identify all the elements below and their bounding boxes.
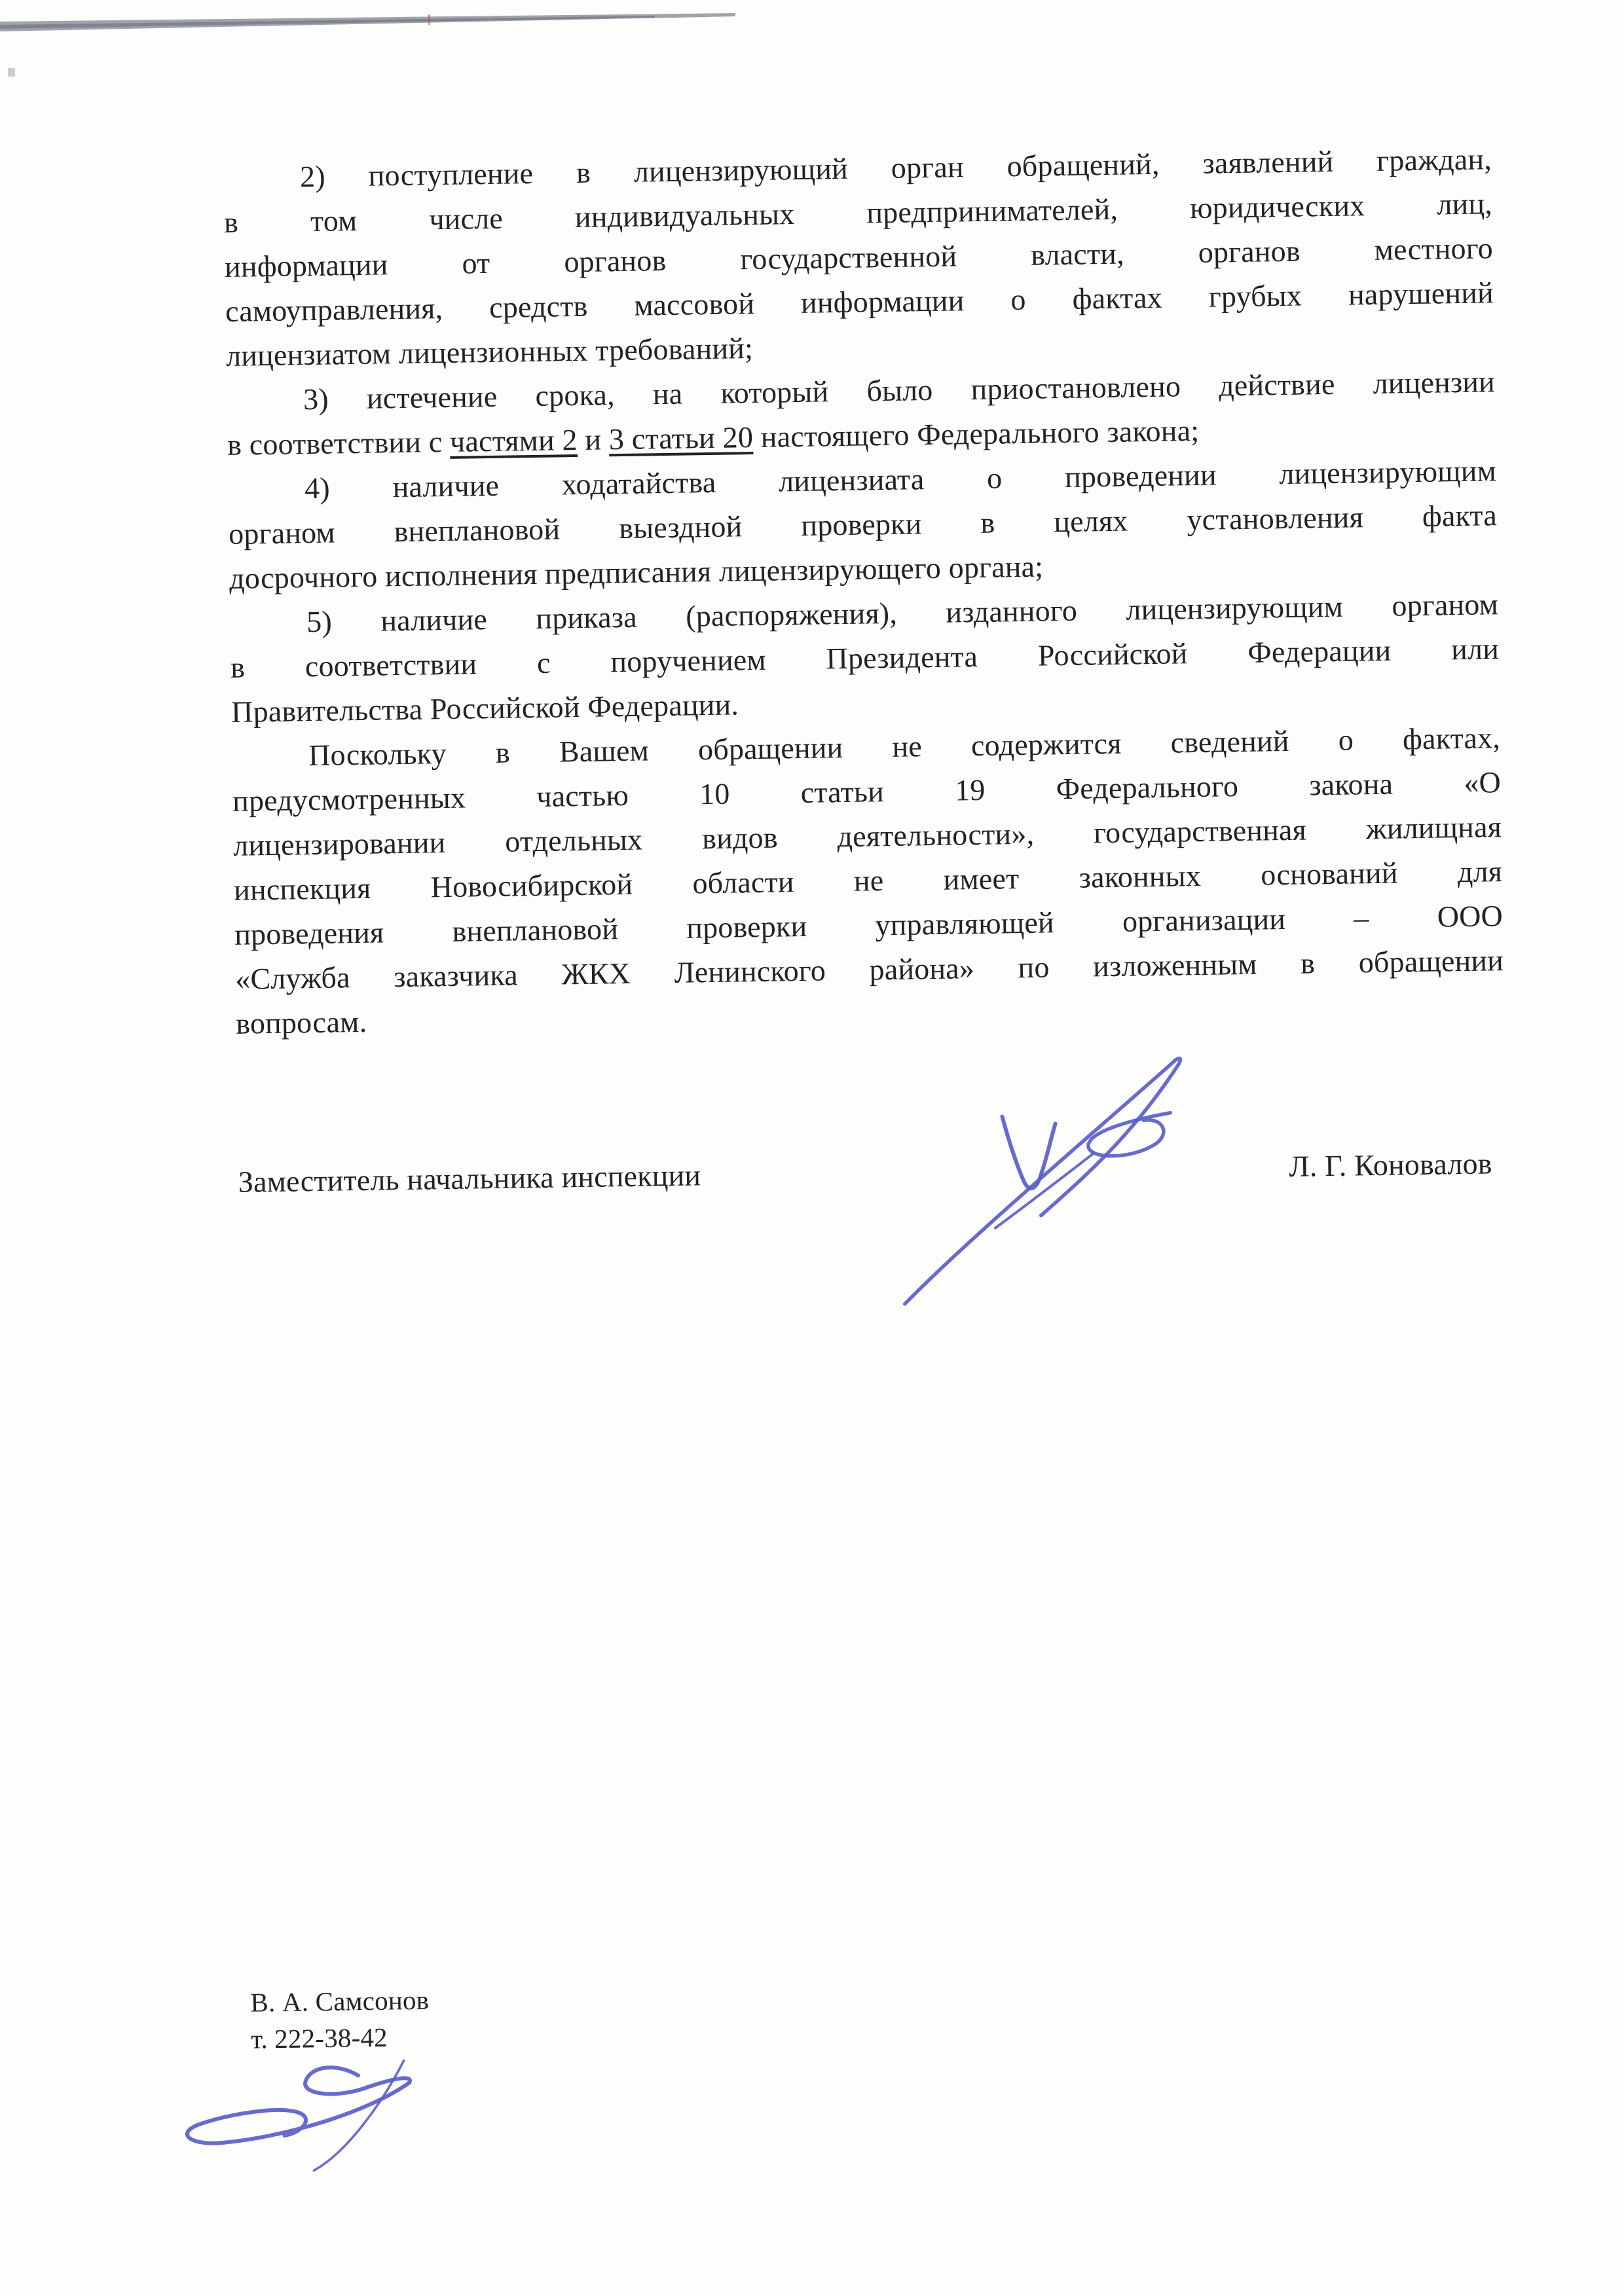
executor-block: В. А. Самсонов т. 222-38-42 (250, 1982, 430, 2058)
paragraph-item-2: 2) поступление в лицензирующий орган обр… (223, 137, 1495, 378)
text-segment: и (577, 422, 609, 456)
text-segment: настоящего Федерального закона; (753, 414, 1200, 454)
signature-row: Заместитель начальника инспекции Л. Г. К… (238, 1141, 1507, 1205)
executor-name: В. А. Самсонов (250, 1982, 430, 2021)
signature-samsonov (186, 2060, 411, 2172)
signer-position: Заместитель начальника инспекции (238, 1153, 701, 1204)
paragraph-item-5: 5) наличие приказа (распоряжения), издан… (230, 582, 1500, 735)
underlined-reference: частями 2 (450, 423, 578, 458)
text-segment: лицензиатом лицензионных требований; (226, 331, 754, 373)
paragraph-conclusion: Поскольку в Вашем обращении не содержитс… (232, 716, 1505, 1046)
executor-phone: т. 222-38-42 (251, 2018, 430, 2058)
signer-name: Л. Г. Коновалов (1289, 1141, 1492, 1189)
text-segment: в соответствии с (227, 425, 451, 462)
document-page: 2) поступление в лицензирующий орган обр… (0, 0, 1624, 2296)
text-segment: Правительства Российской Федерации. (231, 687, 739, 728)
letter-body: 2) поступление в лицензирующий орган обр… (223, 137, 1505, 1046)
text-segment: вопросам. (236, 1005, 367, 1040)
paragraph-item-4: 4) наличие ходатайства лицензиата о пров… (228, 448, 1498, 601)
underlined-reference: 3 статьи 20 (609, 420, 754, 456)
text-segment: досрочного исполнения предписания лиценз… (229, 549, 1044, 594)
scanned-letter-page: { "colors":{ "paper":"#fdfdfc", "ink":"#… (0, 0, 1624, 2296)
